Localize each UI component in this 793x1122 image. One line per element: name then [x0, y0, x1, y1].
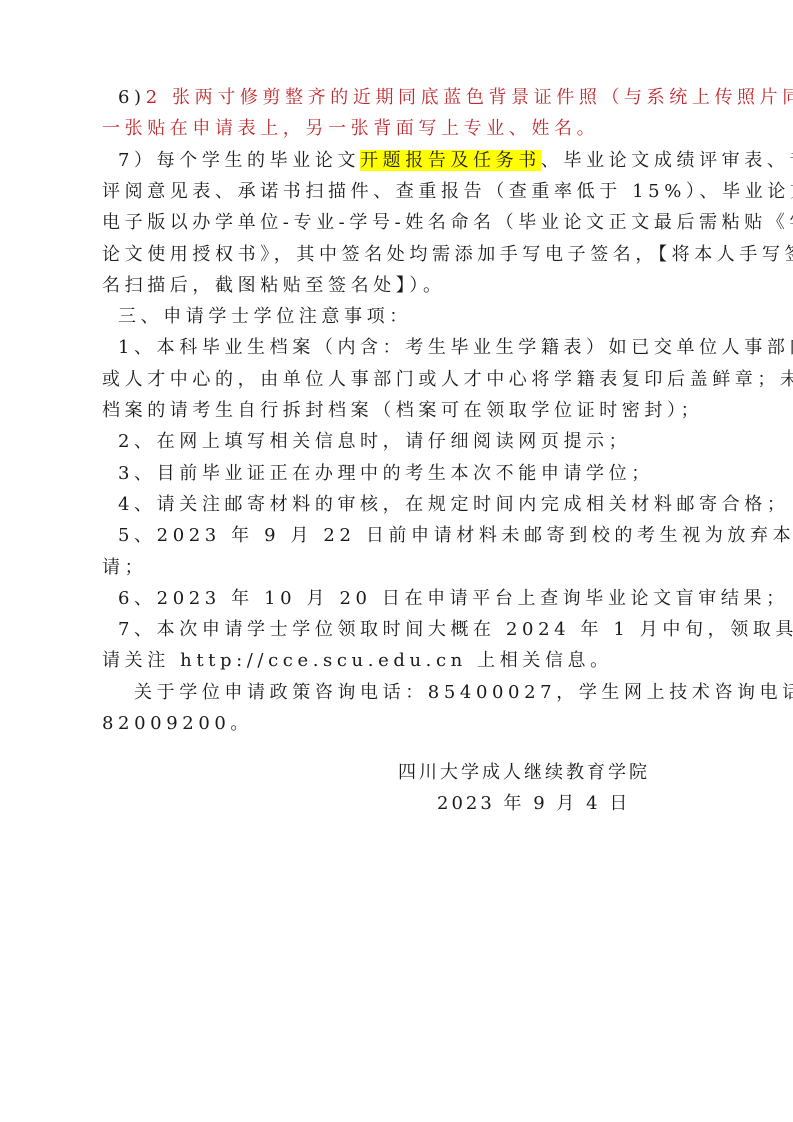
- text-segment: 7、本次申请学士学位领取时间大概在 2024 年 1 月中旬，领取具体安排: [118, 619, 793, 640]
- text-segment: 6): [118, 87, 146, 108]
- text-line: 6、2023 年 10 月 20 日在申请平台上查询毕业论文盲审结果；: [102, 586, 722, 612]
- text-segment: 关于学位申请政策咨询电话：85400027，学生网上技术咨询电话：: [134, 682, 793, 703]
- text-line: 电子版以办学单位-专业-学号-姓名命名（毕业论文正文最后需粘贴《学位: [102, 210, 722, 236]
- text-segment: 3、目前毕业证正在办理中的考生本次不能申请学位；: [118, 463, 654, 484]
- text-line: 请关注 http://cce.scu.edu.cn 上相关信息。: [102, 648, 722, 674]
- highlighted-text: 开题报告及任务书: [360, 150, 541, 171]
- text-segment: 5、2023 年 9 月 22 日前申请材料未邮寄到校的考生视为放弃本次学位申: [118, 525, 793, 546]
- red-text: 2 张两寸修剪整齐的近期同底蓝色背景证件照（与系统上传照片同底），: [146, 87, 793, 108]
- text-segment: 档案的请考生自行拆封档案（档案可在领取学位证时密封）；: [102, 400, 703, 421]
- text-segment: 三、申请学士学位注意事项：: [118, 306, 412, 327]
- text-line: 一张贴在申请表上，另一张背面写上专业、姓名。: [102, 116, 722, 142]
- text-line: 请；: [102, 555, 722, 581]
- text-segment: 评阅意见表、承诺书扫描件、查重报告（查重率低于 15%）、毕业论文 PDF: [102, 181, 793, 202]
- text-line: 名扫描后，截图粘贴至签名处】）。: [102, 273, 722, 299]
- document-page: 6)2 张两寸修剪整齐的近期同底蓝色背景证件照（与系统上传照片同底），一张贴在申…: [0, 0, 793, 1122]
- text-segment: 7）每个学生的毕业论文: [118, 150, 360, 171]
- text-segment: 2、在网上填写相关信息时，请仔细阅读网页提示；: [118, 431, 631, 452]
- text-line: 4、请关注邮寄材料的审核，在规定时间内完成相关材料邮寄合格；: [102, 492, 722, 518]
- text-line: 3、目前毕业证正在办理中的考生本次不能申请学位；: [102, 461, 722, 487]
- text-line: 或人才中心的，由单位人事部门或人才中心将学籍表复印后盖鲜章；未交: [102, 367, 722, 393]
- text-line: 1、本科毕业生档案（内含：考生毕业生学籍表）如已交单位人事部门: [102, 335, 722, 361]
- signature-date: 2023 年 9 月 4 日: [437, 791, 630, 817]
- signature-organization: 四川大学成人继续教育学院: [398, 760, 650, 786]
- text-line: 2、在网上填写相关信息时，请仔细阅读网页提示；: [102, 429, 722, 455]
- text-segment: 1、本科毕业生档案（内含：考生毕业生学籍表）如已交单位人事部门: [118, 337, 793, 358]
- text-segment: 请关注 http://cce.scu.edu.cn 上相关信息。: [102, 650, 613, 671]
- text-line: 5、2023 年 9 月 22 日前申请材料未邮寄到校的考生视为放弃本次学位申: [102, 523, 722, 549]
- text-line: 82009200。: [102, 711, 722, 737]
- text-segment: 电子版以办学单位-专业-学号-姓名命名（毕业论文正文最后需粘贴《学位: [102, 212, 793, 233]
- text-line: 论文使用授权书》，其中签名处均需添加手写电子签名，【将本人手写签: [102, 242, 722, 268]
- text-line: 三、申请学士学位注意事项：: [102, 304, 722, 330]
- text-line: 档案的请考生自行拆封档案（档案可在领取学位证时密封）；: [102, 398, 722, 424]
- text-segment: 6、2023 年 10 月 20 日在申请平台上查询毕业论文盲审结果；: [118, 588, 789, 609]
- text-line: 关于学位申请政策咨询电话：85400027，学生网上技术咨询电话：: [102, 680, 722, 706]
- text-line: 6)2 张两寸修剪整齐的近期同底蓝色背景证件照（与系统上传照片同底），: [102, 85, 722, 111]
- text-line: 评阅意见表、承诺书扫描件、查重报告（查重率低于 15%）、毕业论文 PDF: [102, 179, 722, 205]
- text-segment: 或人才中心的，由单位人事部门或人才中心将学籍表复印后盖鲜章；未交: [102, 369, 793, 390]
- text-line: 7）每个学生的毕业论文开题报告及任务书、毕业论文成绩评审表、专家: [102, 148, 722, 174]
- red-text: 一张贴在申请表上，另一张背面写上专业、姓名。: [102, 118, 599, 139]
- text-segment: 82009200。: [102, 713, 253, 734]
- text-segment: 4、请关注邮寄材料的审核，在规定时间内完成相关材料邮寄合格；: [118, 494, 789, 515]
- text-line: 7、本次申请学士学位领取时间大概在 2024 年 1 月中旬，领取具体安排: [102, 617, 722, 643]
- text-segment: 请；: [102, 557, 147, 578]
- text-segment: 论文使用授权书》，其中签名处均需添加手写电子签名，【将本人手写签: [102, 244, 793, 265]
- text-segment: 名扫描后，截图粘贴至签名处】）。: [102, 275, 446, 296]
- text-segment: 、毕业论文成绩评审表、专家: [541, 150, 793, 171]
